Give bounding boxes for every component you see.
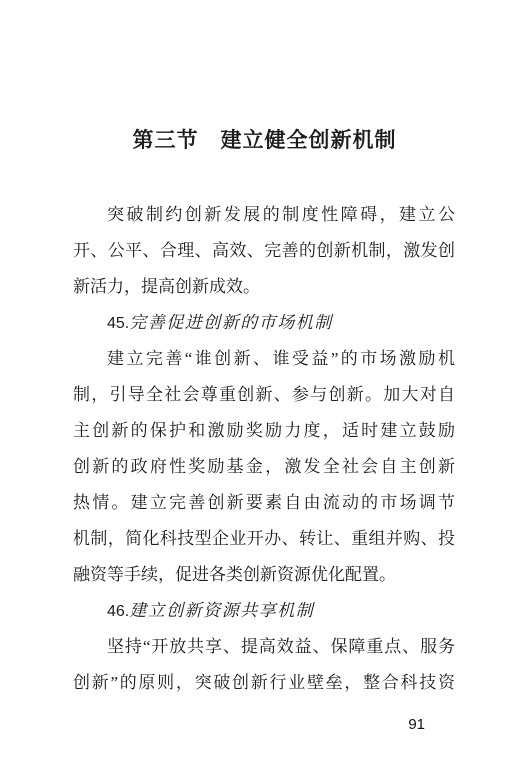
paragraph-line: 突破制约创新发展的制度性障碍，建立公 (73, 197, 455, 233)
page-number: 91 (408, 715, 425, 735)
body-text: 突破制约创新发展的制度性障碍，建立公 开、公平、合理、高效、完善的创新机制，激发… (73, 197, 455, 701)
paragraph-line: 坚持“开放共享、提高效益、保障重点、服务 (73, 629, 455, 665)
paragraph-line: 开、公平、合理、高效、完善的创新机制，激发创 (73, 233, 455, 269)
paragraph-line: 新活力，提高创新成效。 (73, 269, 455, 305)
paragraph-line: 建立完善“谁创新、谁受益”的市场激励机 (73, 341, 455, 377)
subsection-number: 46. (107, 603, 129, 620)
paragraph-line: 制，引导全社会尊重创新、参与创新。加大对自 (73, 377, 455, 413)
section-title: 第三节 建立健全创新机制 (0, 121, 529, 159)
paragraph-line: 主创新的保护和激励奖励力度，适时建立鼓励 (73, 413, 455, 449)
paragraph-line: 创新的政府性奖励基金，激发全社会自主创新 (73, 449, 455, 485)
subsection-heading: 45.完善促进创新的市场机制 (73, 305, 455, 341)
paragraph-line: 创新”的原则，突破创新行业壁垒，整合科技资 (73, 665, 455, 701)
paragraph-line: 融资等手续，促进各类创新资源优化配置。 (73, 557, 455, 593)
subsection-title: 完善促进创新的市场机制 (129, 313, 333, 332)
subsection-title: 建立创新资源共享机制 (129, 601, 314, 620)
subsection-number: 45. (107, 315, 129, 332)
paragraph-line: 机制，简化科技型企业开办、转让、重组并购、投 (73, 521, 455, 557)
subsection-heading: 46.建立创新资源共享机制 (73, 593, 455, 629)
book-page: 第三节 建立健全创新机制 突破制约创新发展的制度性障碍，建立公 开、公平、合理、… (0, 0, 529, 774)
paragraph-line: 热情。建立完善创新要素自由流动的市场调节 (73, 485, 455, 521)
